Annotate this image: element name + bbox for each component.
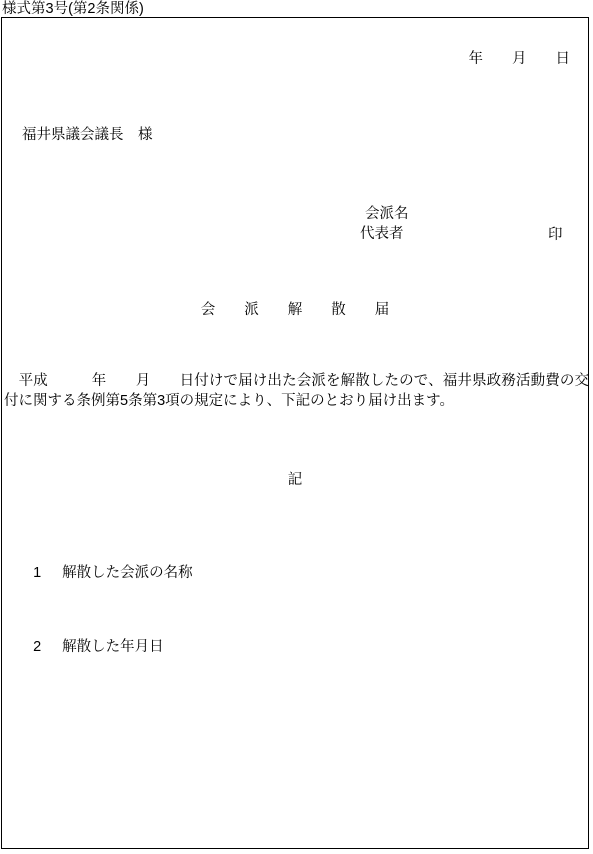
record-heading: 記 [2, 473, 588, 488]
item-label: 解散した会派の名称 [62, 565, 193, 581]
form-page: 様式第3号(第2条関係) 年 月 日 福井県議会議長 様 会派名 代表者 印 会… [0, 0, 593, 854]
form-title: 会 派 解 散 届 [2, 303, 588, 318]
form-number-label: 様式第3号(第2条関係) [2, 2, 144, 17]
form-border-box: 年 月 日 福井県議会議長 様 会派名 代表者 印 会 派 解 散 届 平成 年… [1, 17, 589, 849]
seal-label: 印 [548, 228, 563, 243]
item-number: 2 [33, 640, 62, 655]
representative-label: 代表者 [360, 227, 404, 242]
item-label: 解散した年月日 [62, 639, 164, 655]
date-line: 年 月 日 [469, 52, 571, 67]
list-item-dissolved-faction-name: 1解散した会派の名称 [9, 551, 193, 595]
faction-name-label: 会派名 [365, 207, 409, 222]
list-item-dissolution-date: 2解散した年月日 [9, 625, 164, 669]
item-number: 1 [33, 566, 62, 581]
body-paragraph: 平成 年 月 日付けで届け出た会派を解散したので、福井県政務活動費の交付に関する… [4, 371, 589, 411]
addressee-line: 福井県議会議長 様 [22, 128, 153, 143]
